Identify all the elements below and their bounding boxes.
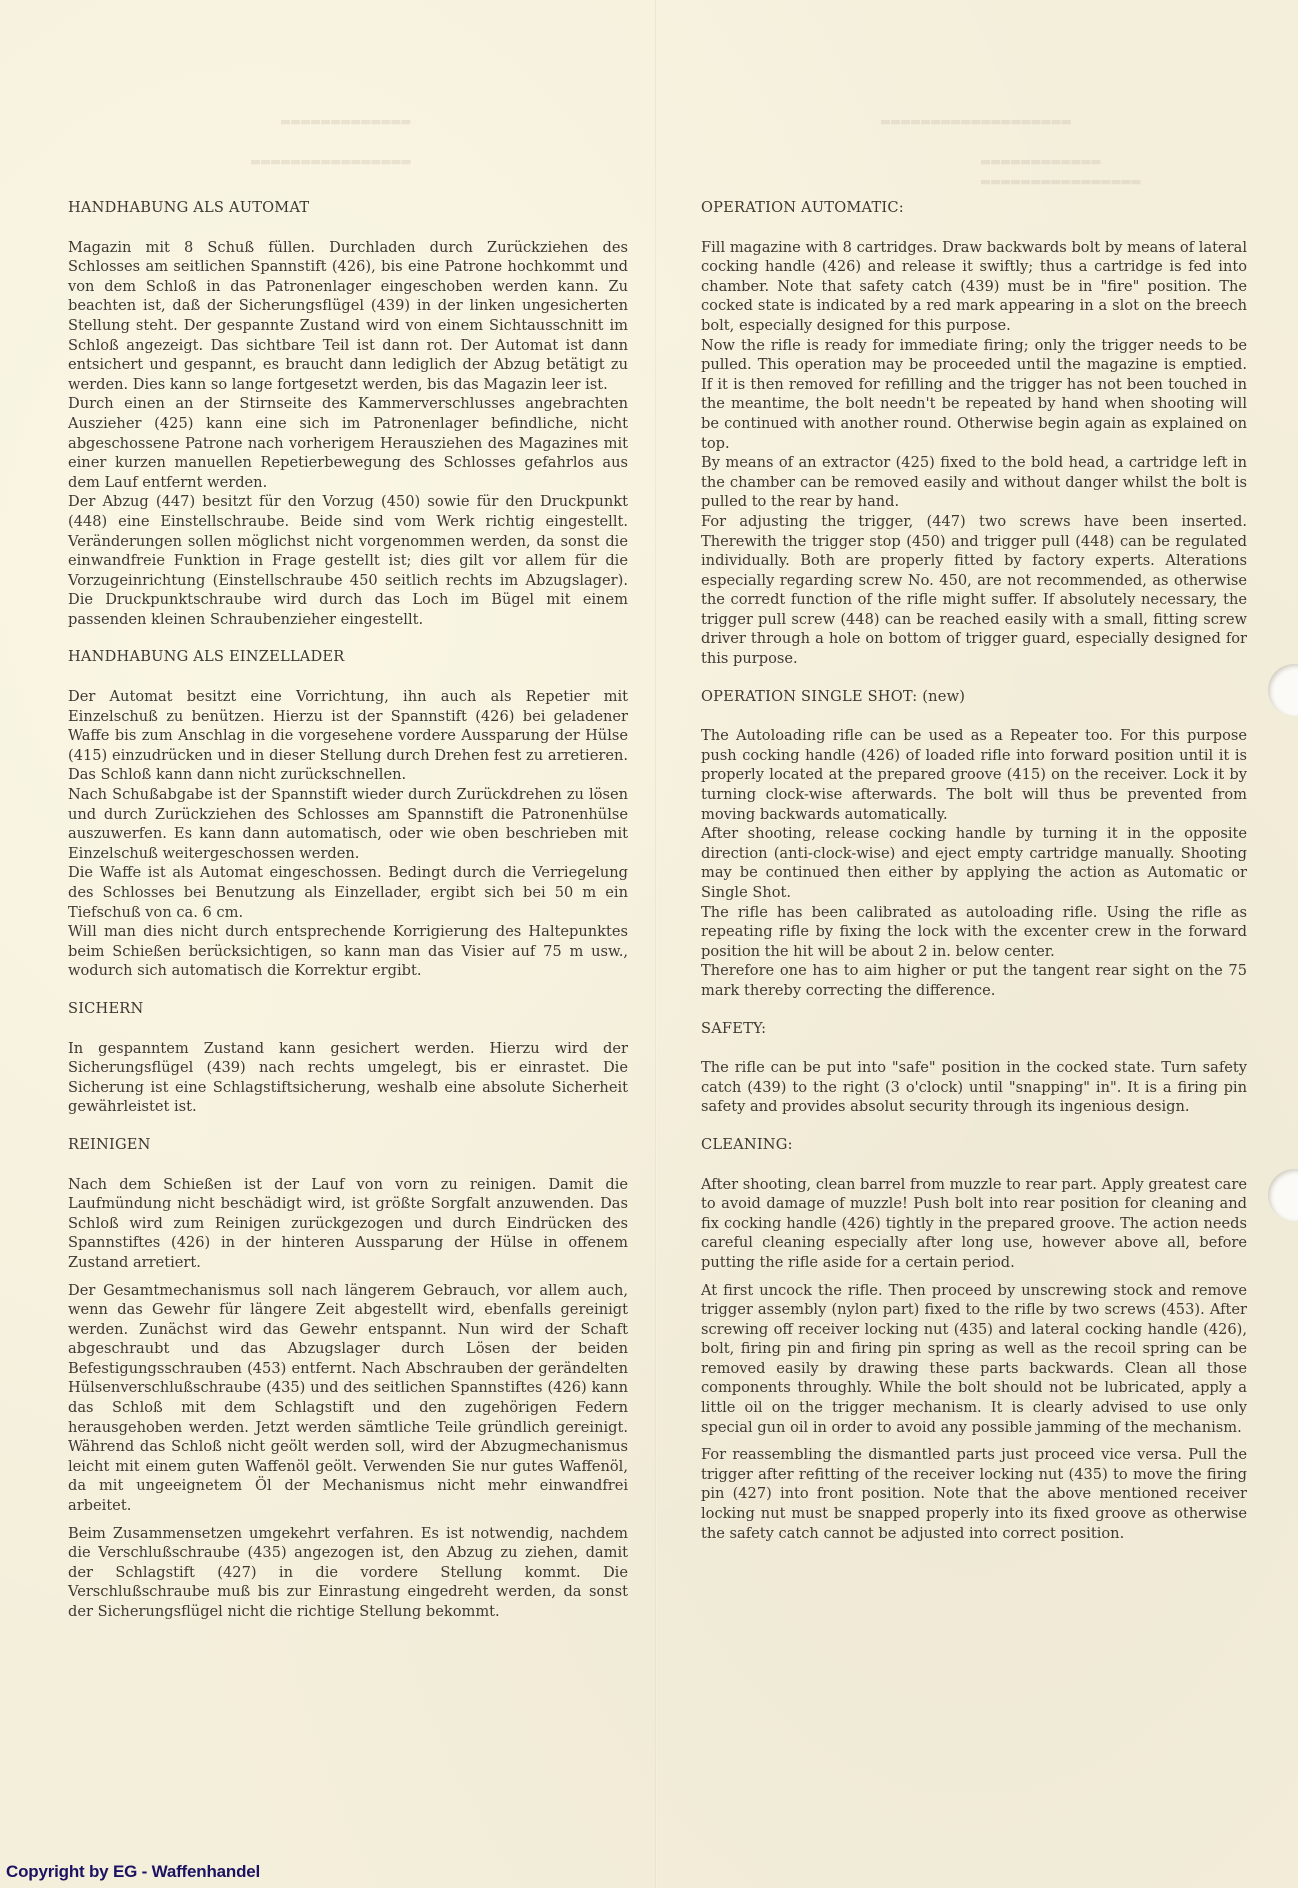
section-paragraph: Fill magazine with 8 cartridges. Draw ba… bbox=[701, 238, 1247, 336]
page-fold-line bbox=[655, 0, 657, 1888]
section-paragraph: The Autoloading rifle can be used as a R… bbox=[701, 726, 1247, 824]
section-heading: OPERATION SINGLE SHOT: (new) bbox=[701, 687, 1247, 707]
section-paragraph: In gespanntem Zustand kann gesichert wer… bbox=[68, 1039, 628, 1117]
section-heading: OPERATION AUTOMATIC: bbox=[701, 198, 1247, 218]
section-heading: SAFETY: bbox=[701, 1019, 1247, 1039]
section-paragraph: The rifle has been calibrated as autoloa… bbox=[701, 903, 1247, 962]
section-paragraph: Die Waffe ist als Automat eingeschossen.… bbox=[68, 863, 628, 922]
section-paragraph: The rifle can be put into "safe" positio… bbox=[701, 1058, 1247, 1117]
section-paragraph: For adjusting the trigger, (447) two scr… bbox=[701, 512, 1247, 669]
instruction-section: OPERATION SINGLE SHOT: (new)The Autoload… bbox=[701, 687, 1247, 1001]
copyright-notice: Copyright by EG - Waffenhandel bbox=[6, 1862, 260, 1882]
section-paragraph: Beim Zusammensetzen umgekehrt verfahren.… bbox=[68, 1524, 628, 1622]
show-through-decoration: ▬▬▬▬▬▬▬▬▬▬▬▬▬▬▬▬▬▬▬ bbox=[880, 112, 1071, 130]
section-paragraph: Magazin mit 8 Schuß füllen. Durchladen d… bbox=[68, 238, 628, 395]
section-heading: HANDHABUNG ALS EINZELLADER bbox=[68, 647, 628, 667]
section-heading: REINIGEN bbox=[68, 1135, 628, 1155]
section-paragraph: After shooting, release cocking handle b… bbox=[701, 824, 1247, 902]
instruction-section: SICHERNIn gespanntem Zustand kann gesich… bbox=[68, 999, 628, 1117]
show-through-decoration: ▬▬▬▬▬▬▬▬▬▬▬▬▬▬▬▬ bbox=[980, 172, 1141, 190]
show-through-decoration: ▬▬▬▬▬▬▬▬▬▬▬▬▬ bbox=[280, 112, 410, 130]
show-through-decoration: ▬▬▬▬▬▬▬▬▬▬▬▬▬▬▬▬ bbox=[250, 152, 411, 170]
section-paragraph: Der Automat besitzt eine Vorrichtung, ih… bbox=[68, 687, 628, 785]
instruction-section: HANDHABUNG ALS EINZELLADERDer Automat be… bbox=[68, 647, 628, 981]
english-instructions-column: OPERATION AUTOMATIC:Fill magazine with 8… bbox=[701, 198, 1247, 1561]
section-paragraph: At first uncock the rifle. Then proceed … bbox=[701, 1281, 1247, 1438]
punch-hole bbox=[1268, 664, 1298, 716]
section-paragraph: Will man dies nicht durch entsprechende … bbox=[68, 922, 628, 981]
section-paragraph: Therefore one has to aim higher or put t… bbox=[701, 961, 1247, 1000]
section-heading: HANDHABUNG ALS AUTOMAT bbox=[68, 198, 628, 218]
section-paragraph: Der Abzug (447) besitzt für den Vorzug (… bbox=[68, 492, 628, 629]
section-paragraph: After shooting, clean barrel from muzzle… bbox=[701, 1175, 1247, 1273]
section-heading: SICHERN bbox=[68, 999, 628, 1019]
section-paragraph: Now the rifle is ready for immediate fir… bbox=[701, 336, 1247, 454]
instruction-section: HANDHABUNG ALS AUTOMATMagazin mit 8 Schu… bbox=[68, 198, 628, 629]
german-instructions-column: HANDHABUNG ALS AUTOMATMagazin mit 8 Schu… bbox=[68, 198, 628, 1640]
section-paragraph: Durch einen an der Stirnseite des Kammer… bbox=[68, 394, 628, 492]
instruction-section: REINIGENNach dem Schießen ist der Lauf v… bbox=[68, 1135, 628, 1622]
section-paragraph: For reassembling the dismantled parts ju… bbox=[701, 1445, 1247, 1543]
instruction-section: OPERATION AUTOMATIC:Fill magazine with 8… bbox=[701, 198, 1247, 669]
show-through-decoration: ▬▬▬▬▬▬▬▬▬▬▬▬ bbox=[980, 152, 1100, 170]
section-paragraph: By means of an extractor (425) fixed to … bbox=[701, 453, 1247, 512]
section-paragraph: Der Gesamtmechanismus soll nach längerem… bbox=[68, 1281, 628, 1516]
section-heading: CLEANING: bbox=[701, 1135, 1247, 1155]
section-paragraph: Nach dem Schießen ist der Lauf von vorn … bbox=[68, 1175, 628, 1273]
instruction-section: CLEANING:After shooting, clean barrel fr… bbox=[701, 1135, 1247, 1543]
instruction-section: SAFETY:The rifle can be put into "safe" … bbox=[701, 1019, 1247, 1117]
section-paragraph: Nach Schußabgabe ist der Spannstift wied… bbox=[68, 785, 628, 863]
punch-hole bbox=[1268, 1169, 1298, 1221]
